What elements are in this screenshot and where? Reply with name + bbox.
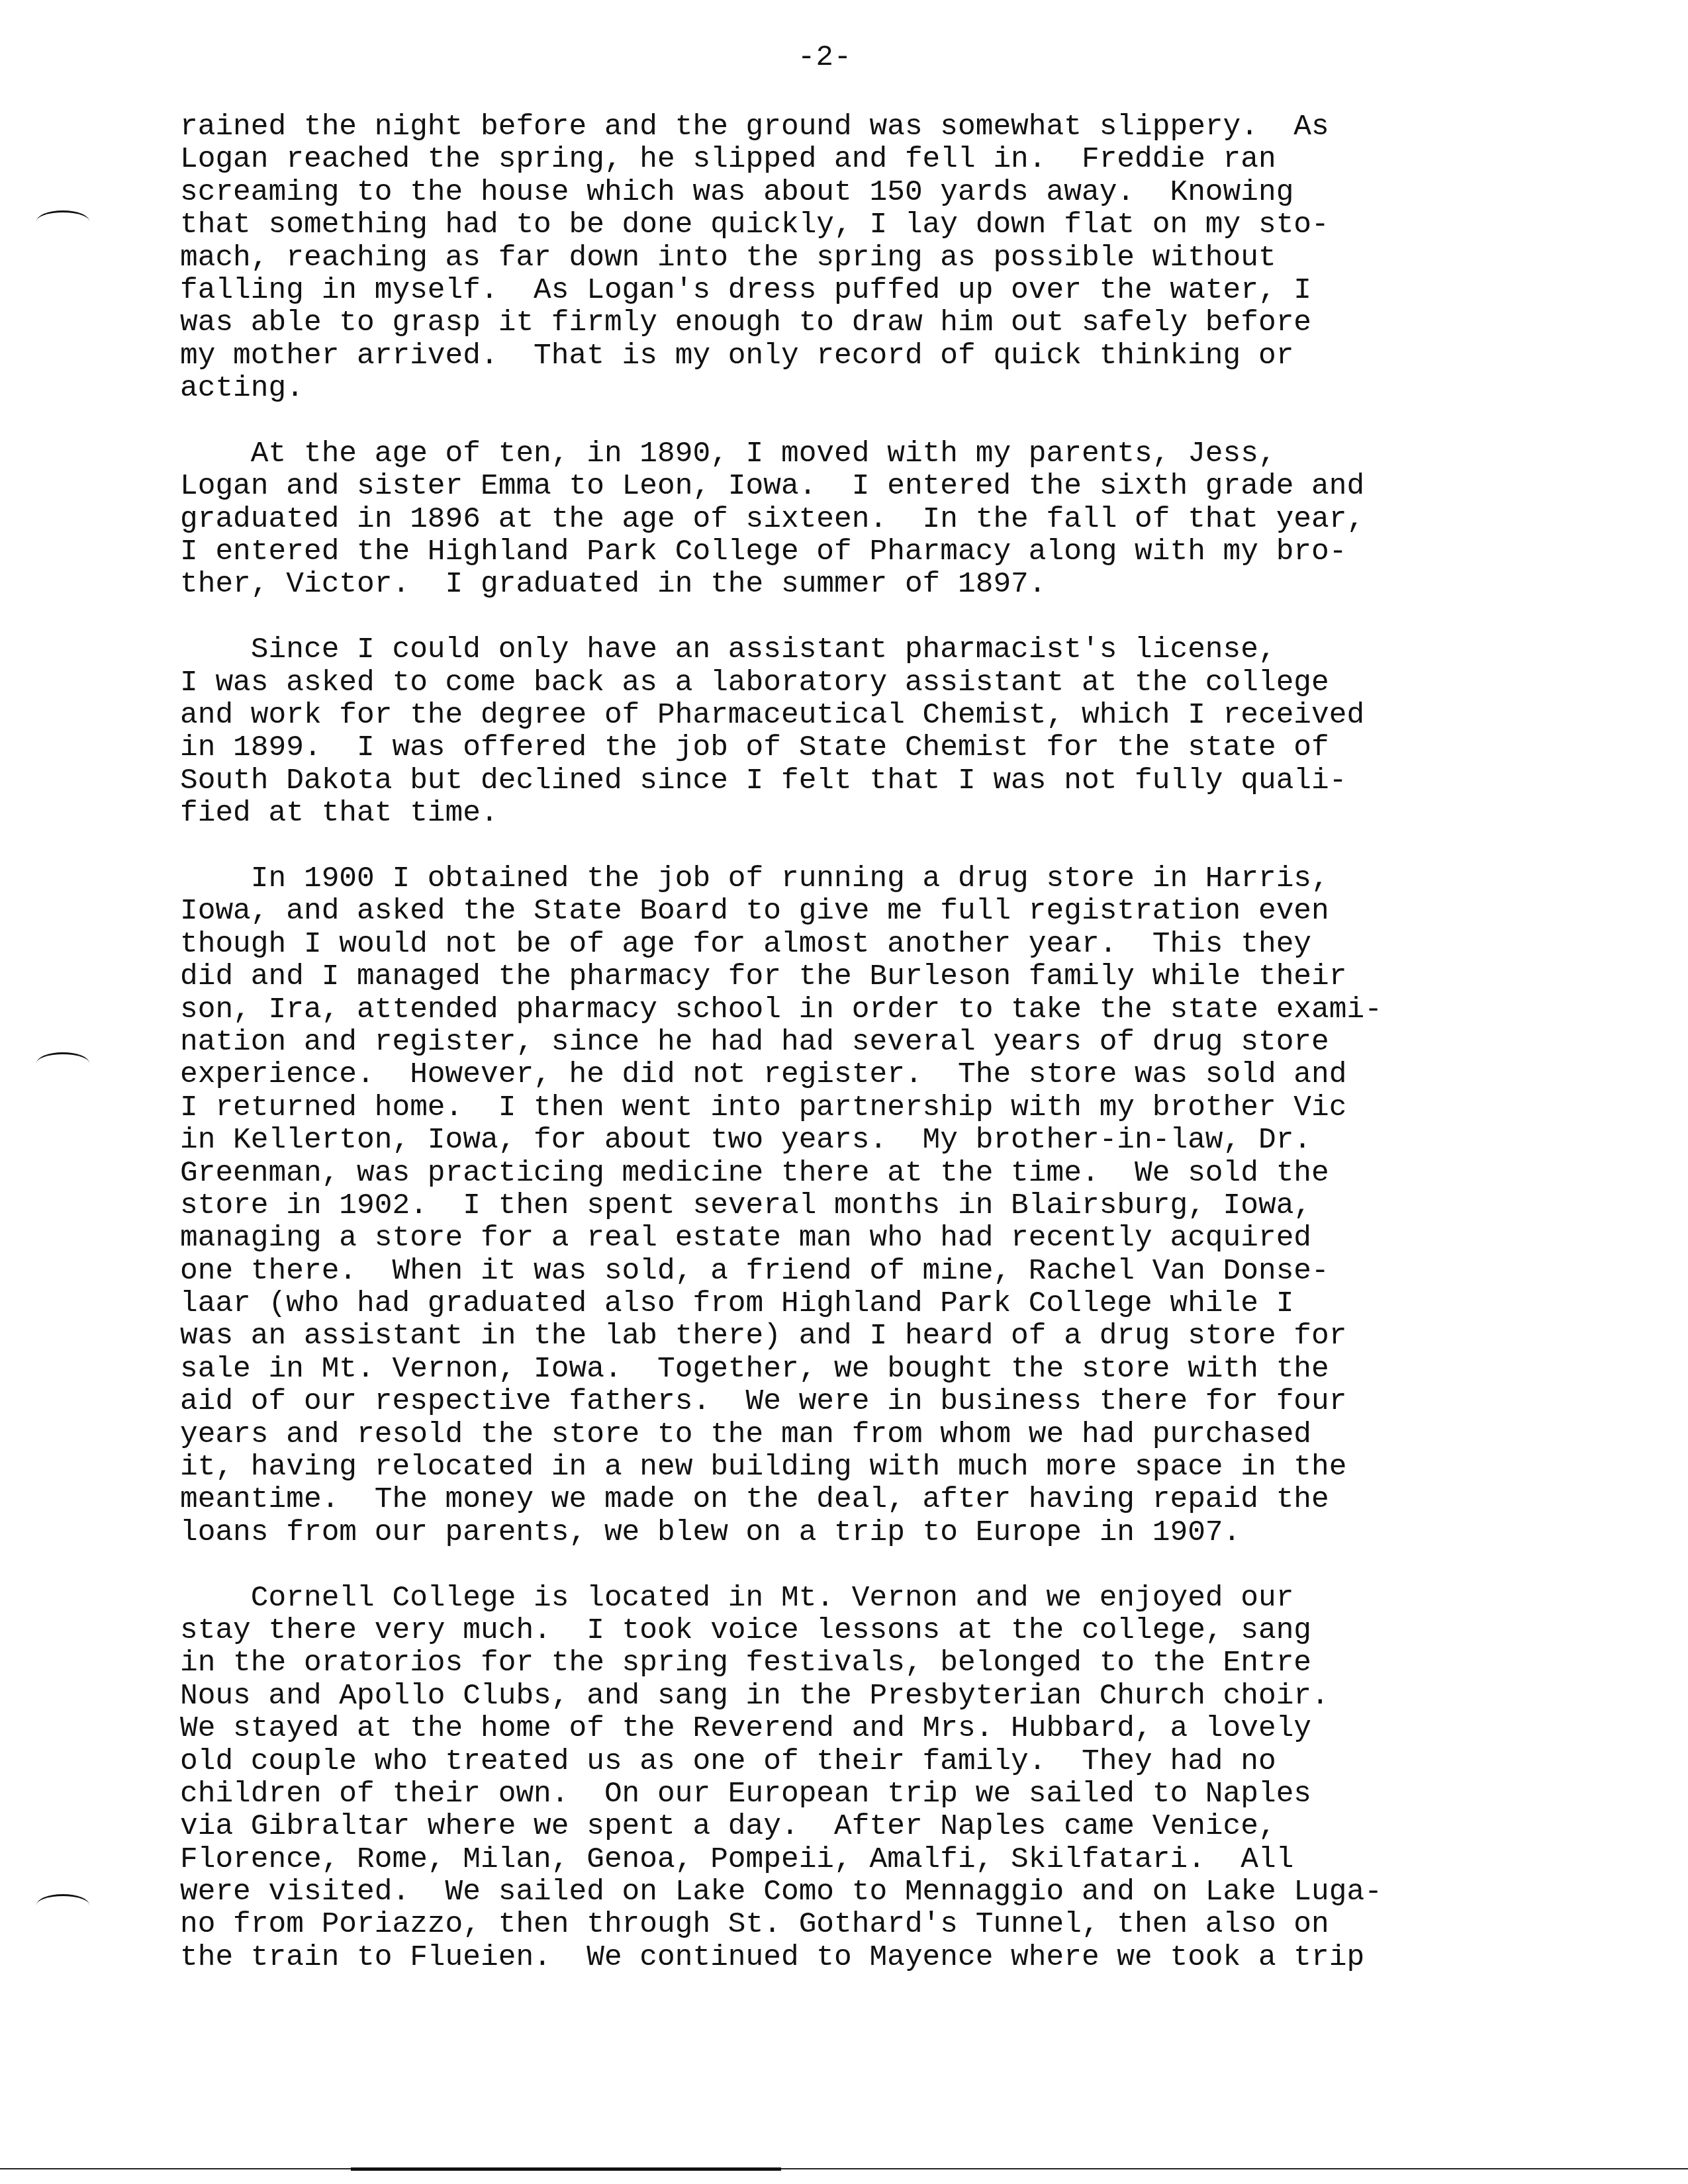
- text-line: mach, reaching as far down into the spri…: [180, 242, 1570, 275]
- text-line: We stayed at the home of the Reverend an…: [180, 1713, 1570, 1745]
- text-line: store in 1902. I then spent several mont…: [180, 1190, 1570, 1222]
- text-line: children of their own. On our European t…: [180, 1778, 1570, 1811]
- text-line: my mother arrived. That is my only recor…: [180, 340, 1570, 373]
- text-line: that something had to be done quickly, I…: [180, 209, 1570, 242]
- text-line: was able to grasp it firmly enough to dr…: [180, 307, 1570, 340]
- text-line: and work for the degree of Pharmaceutica…: [180, 700, 1570, 732]
- text-line: son, Ira, attended pharmacy school in or…: [180, 994, 1570, 1026]
- text-line: I returned home. I then went into partne…: [180, 1092, 1570, 1124]
- text-line: loans from our parents, we blew on a tri…: [180, 1517, 1570, 1549]
- text-line: nation and register, since he had had se…: [180, 1026, 1570, 1059]
- margin-punch-mark: [36, 1894, 89, 1916]
- text-line: screaming to the house which was about 1…: [180, 177, 1570, 209]
- text-line: Florence, Rome, Milan, Genoa, Pompeii, A…: [180, 1844, 1570, 1876]
- text-line: In 1900 I obtained the job of running a …: [180, 863, 1570, 895]
- document-body: rained the night before and the ground w…: [180, 111, 1570, 2007]
- text-line: acting.: [180, 373, 1570, 405]
- text-line: graduated in 1896 at the age of sixteen.…: [180, 504, 1570, 536]
- text-line: were visited. We sailed on Lake Como to …: [180, 1876, 1570, 1909]
- margin-punch-mark: [36, 210, 89, 232]
- text-line: sale in Mt. Vernon, Iowa. Together, we b…: [180, 1353, 1570, 1386]
- text-line: managing a store for a real estate man w…: [180, 1222, 1570, 1255]
- text-line: rained the night before and the ground w…: [180, 111, 1570, 144]
- text-line: Logan reached the spring, he slipped and…: [180, 144, 1570, 176]
- text-line: Iowa, and asked the State Board to give …: [180, 895, 1570, 928]
- text-line: the train to Flueien. We continued to Ma…: [180, 1942, 1570, 1974]
- text-line: laar (who had graduated also from Highla…: [180, 1288, 1570, 1320]
- text-line: fied at that time.: [180, 797, 1570, 830]
- text-line: Greenman, was practicing medicine there …: [180, 1158, 1570, 1190]
- text-line: in 1899. I was offered the job of State …: [180, 732, 1570, 764]
- text-line: I was asked to come back as a laboratory…: [180, 667, 1570, 700]
- paragraph: rained the night before and the ground w…: [180, 111, 1570, 406]
- text-line: in Kellerton, Iowa, for about two years.…: [180, 1124, 1570, 1157]
- text-line: falling in myself. As Logan's dress puff…: [180, 275, 1570, 307]
- text-line: years and resold the store to the man fr…: [180, 1419, 1570, 1451]
- paragraph: In 1900 I obtained the job of running a …: [180, 863, 1570, 1549]
- text-line: was an assistant in the lab there) and I…: [180, 1320, 1570, 1353]
- text-line: it, having relocated in a new building w…: [180, 1451, 1570, 1484]
- text-line: in the oratorios for the spring festival…: [180, 1647, 1570, 1680]
- text-line: Since I could only have an assistant pha…: [180, 634, 1570, 666]
- text-line: meantime. The money we made on the deal,…: [180, 1484, 1570, 1516]
- text-line: no from Poriazzo, then through St. Gotha…: [180, 1909, 1570, 1941]
- text-line: via Gibraltar where we spent a day. Afte…: [180, 1811, 1570, 1843]
- page-number: -2-: [798, 41, 852, 74]
- text-line: one there. When it was sold, a friend of…: [180, 1255, 1570, 1288]
- text-line: old couple who treated us as one of thei…: [180, 1746, 1570, 1778]
- text-line: South Dakota but declined since I felt t…: [180, 765, 1570, 797]
- text-line: stay there very much. I took voice lesso…: [180, 1615, 1570, 1647]
- document-page: -2- rained the night before and the grou…: [0, 0, 1688, 2184]
- text-line: Cornell College is located in Mt. Vernon…: [180, 1582, 1570, 1615]
- text-line: though I would not be of age for almost …: [180, 929, 1570, 961]
- text-line: aid of our respective fathers. We were i…: [180, 1386, 1570, 1418]
- paragraph: Since I could only have an assistant pha…: [180, 634, 1570, 830]
- text-line: experience. However, he did not register…: [180, 1059, 1570, 1091]
- text-line: did and I managed the pharmacy for the B…: [180, 961, 1570, 993]
- text-line: At the age of ten, in 1890, I moved with…: [180, 438, 1570, 471]
- bottom-scan-edge: [0, 2168, 1688, 2169]
- text-line: Logan and sister Emma to Leon, Iowa. I e…: [180, 471, 1570, 503]
- paragraph: Cornell College is located in Mt. Vernon…: [180, 1582, 1570, 1975]
- margin-punch-mark: [36, 1052, 89, 1074]
- text-line: Nous and Apollo Clubs, and sang in the P…: [180, 1680, 1570, 1713]
- text-line: I entered the Highland Park College of P…: [180, 536, 1570, 569]
- text-line: ther, Victor. I graduated in the summer …: [180, 569, 1570, 601]
- bottom-scan-edge-shadow: [351, 2167, 781, 2171]
- paragraph: At the age of ten, in 1890, I moved with…: [180, 438, 1570, 602]
